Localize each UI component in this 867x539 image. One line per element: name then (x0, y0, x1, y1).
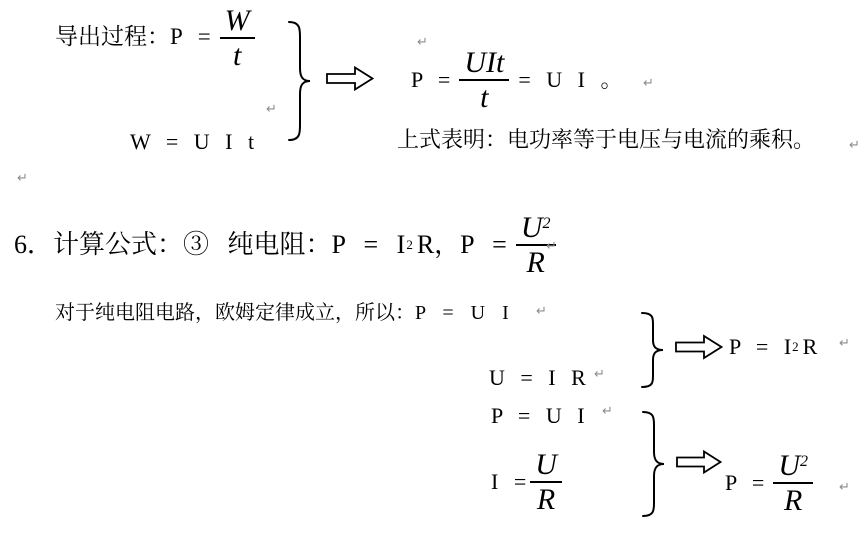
paragraph-mark: ↵ (602, 405, 613, 418)
ohm-sentence-line: 对于纯电阻电路，欧姆定律成立，所以：P = U I (55, 301, 509, 326)
paragraph-mark: ↵ (839, 337, 850, 350)
fraction-denominator: t (228, 42, 246, 69)
paragraph-mark: ↵ (594, 368, 605, 381)
formula-p-equals-u2-over-r: P = U2 R (725, 452, 822, 514)
equation-text: R (803, 333, 818, 361)
note-sentence: 上式表明：电功率等于电压与电流的乘积。 (397, 126, 815, 154)
formula-p-equals-uit-over-t: P = UIt t = U I 。 (411, 49, 622, 111)
paragraph-mark: ↵ (849, 139, 860, 152)
formula-p-equals-ui: P = U I (491, 402, 585, 430)
fraction-denominator: R (532, 486, 560, 513)
document-page: 导出过程：P = W t W = U I t P = UIt t = U I 。… (0, 0, 867, 539)
superscript-2: 2 (800, 453, 808, 470)
paragraph-mark: ↵ (643, 77, 654, 90)
note-text: 上式表明：电功率等于电压与电流的乘积。 (397, 126, 815, 154)
fraction-numerator: W (220, 7, 255, 34)
formula-i-equals-u-over-r: I = U R (491, 451, 571, 513)
section6-prefix-text: 6．计算公式：③ 纯电阻：P = I (14, 229, 405, 262)
equation-text: U = I R (489, 364, 586, 392)
equation-text: P = U I (491, 402, 585, 430)
curly-brace-icon (638, 410, 666, 518)
result-lhs-text: P = (411, 66, 450, 94)
fraction-numerator: U2 (773, 452, 813, 479)
formula-p-equals-i2r: P = I2R (729, 333, 817, 361)
equation-text: W = U I t (130, 128, 254, 156)
equation-text: P = (725, 469, 764, 497)
paragraph-mark: ↵ (266, 103, 277, 116)
result-rhs-text: = U I 。 (518, 66, 622, 94)
paragraph-mark: ↵ (17, 172, 28, 185)
paragraph-mark: ↵ (546, 240, 557, 253)
fraction-u-r: U R (530, 451, 562, 513)
implies-arrow-icon (675, 334, 723, 360)
formula-u-equals-ir: U = I R (489, 364, 586, 392)
equation-text: P = I (729, 333, 791, 361)
section6-line: 6．计算公式：③ 纯电阻：P = I2R，P = U2 R (14, 214, 565, 276)
ohm-sentence-text: 对于纯电阻电路，欧姆定律成立，所以：P = U I (55, 301, 509, 326)
implies-arrow-icon (676, 450, 722, 474)
formula-p-equals-w-over-t: 导出过程：P = W t (55, 7, 264, 69)
fraction-w-t: W t (220, 7, 255, 69)
paragraph-mark: ↵ (839, 481, 850, 494)
fraction-numerator: UIt (459, 49, 509, 76)
derivation-lead-text: 导出过程：P = (55, 23, 211, 52)
curly-brace-icon (284, 20, 312, 142)
equation-text: I = (491, 468, 526, 496)
fraction-denominator: R (779, 487, 807, 514)
fraction-numerator: U2 (516, 214, 556, 241)
superscript-2: 2 (543, 215, 551, 232)
implies-arrow-icon (326, 66, 374, 91)
fraction-denominator: t (475, 84, 493, 111)
fraction-u2-r: U2 R (773, 452, 813, 514)
fraction-numerator: U (530, 451, 562, 478)
paragraph-mark: ↵ (536, 305, 547, 318)
paragraph-mark: ↵ (417, 36, 428, 49)
formula-w-equals-uit: W = U I t (130, 128, 254, 156)
section6-mid-text: R，P = (417, 229, 507, 262)
curly-brace-icon (637, 311, 665, 389)
fraction-uit-t: UIt t (459, 49, 509, 111)
